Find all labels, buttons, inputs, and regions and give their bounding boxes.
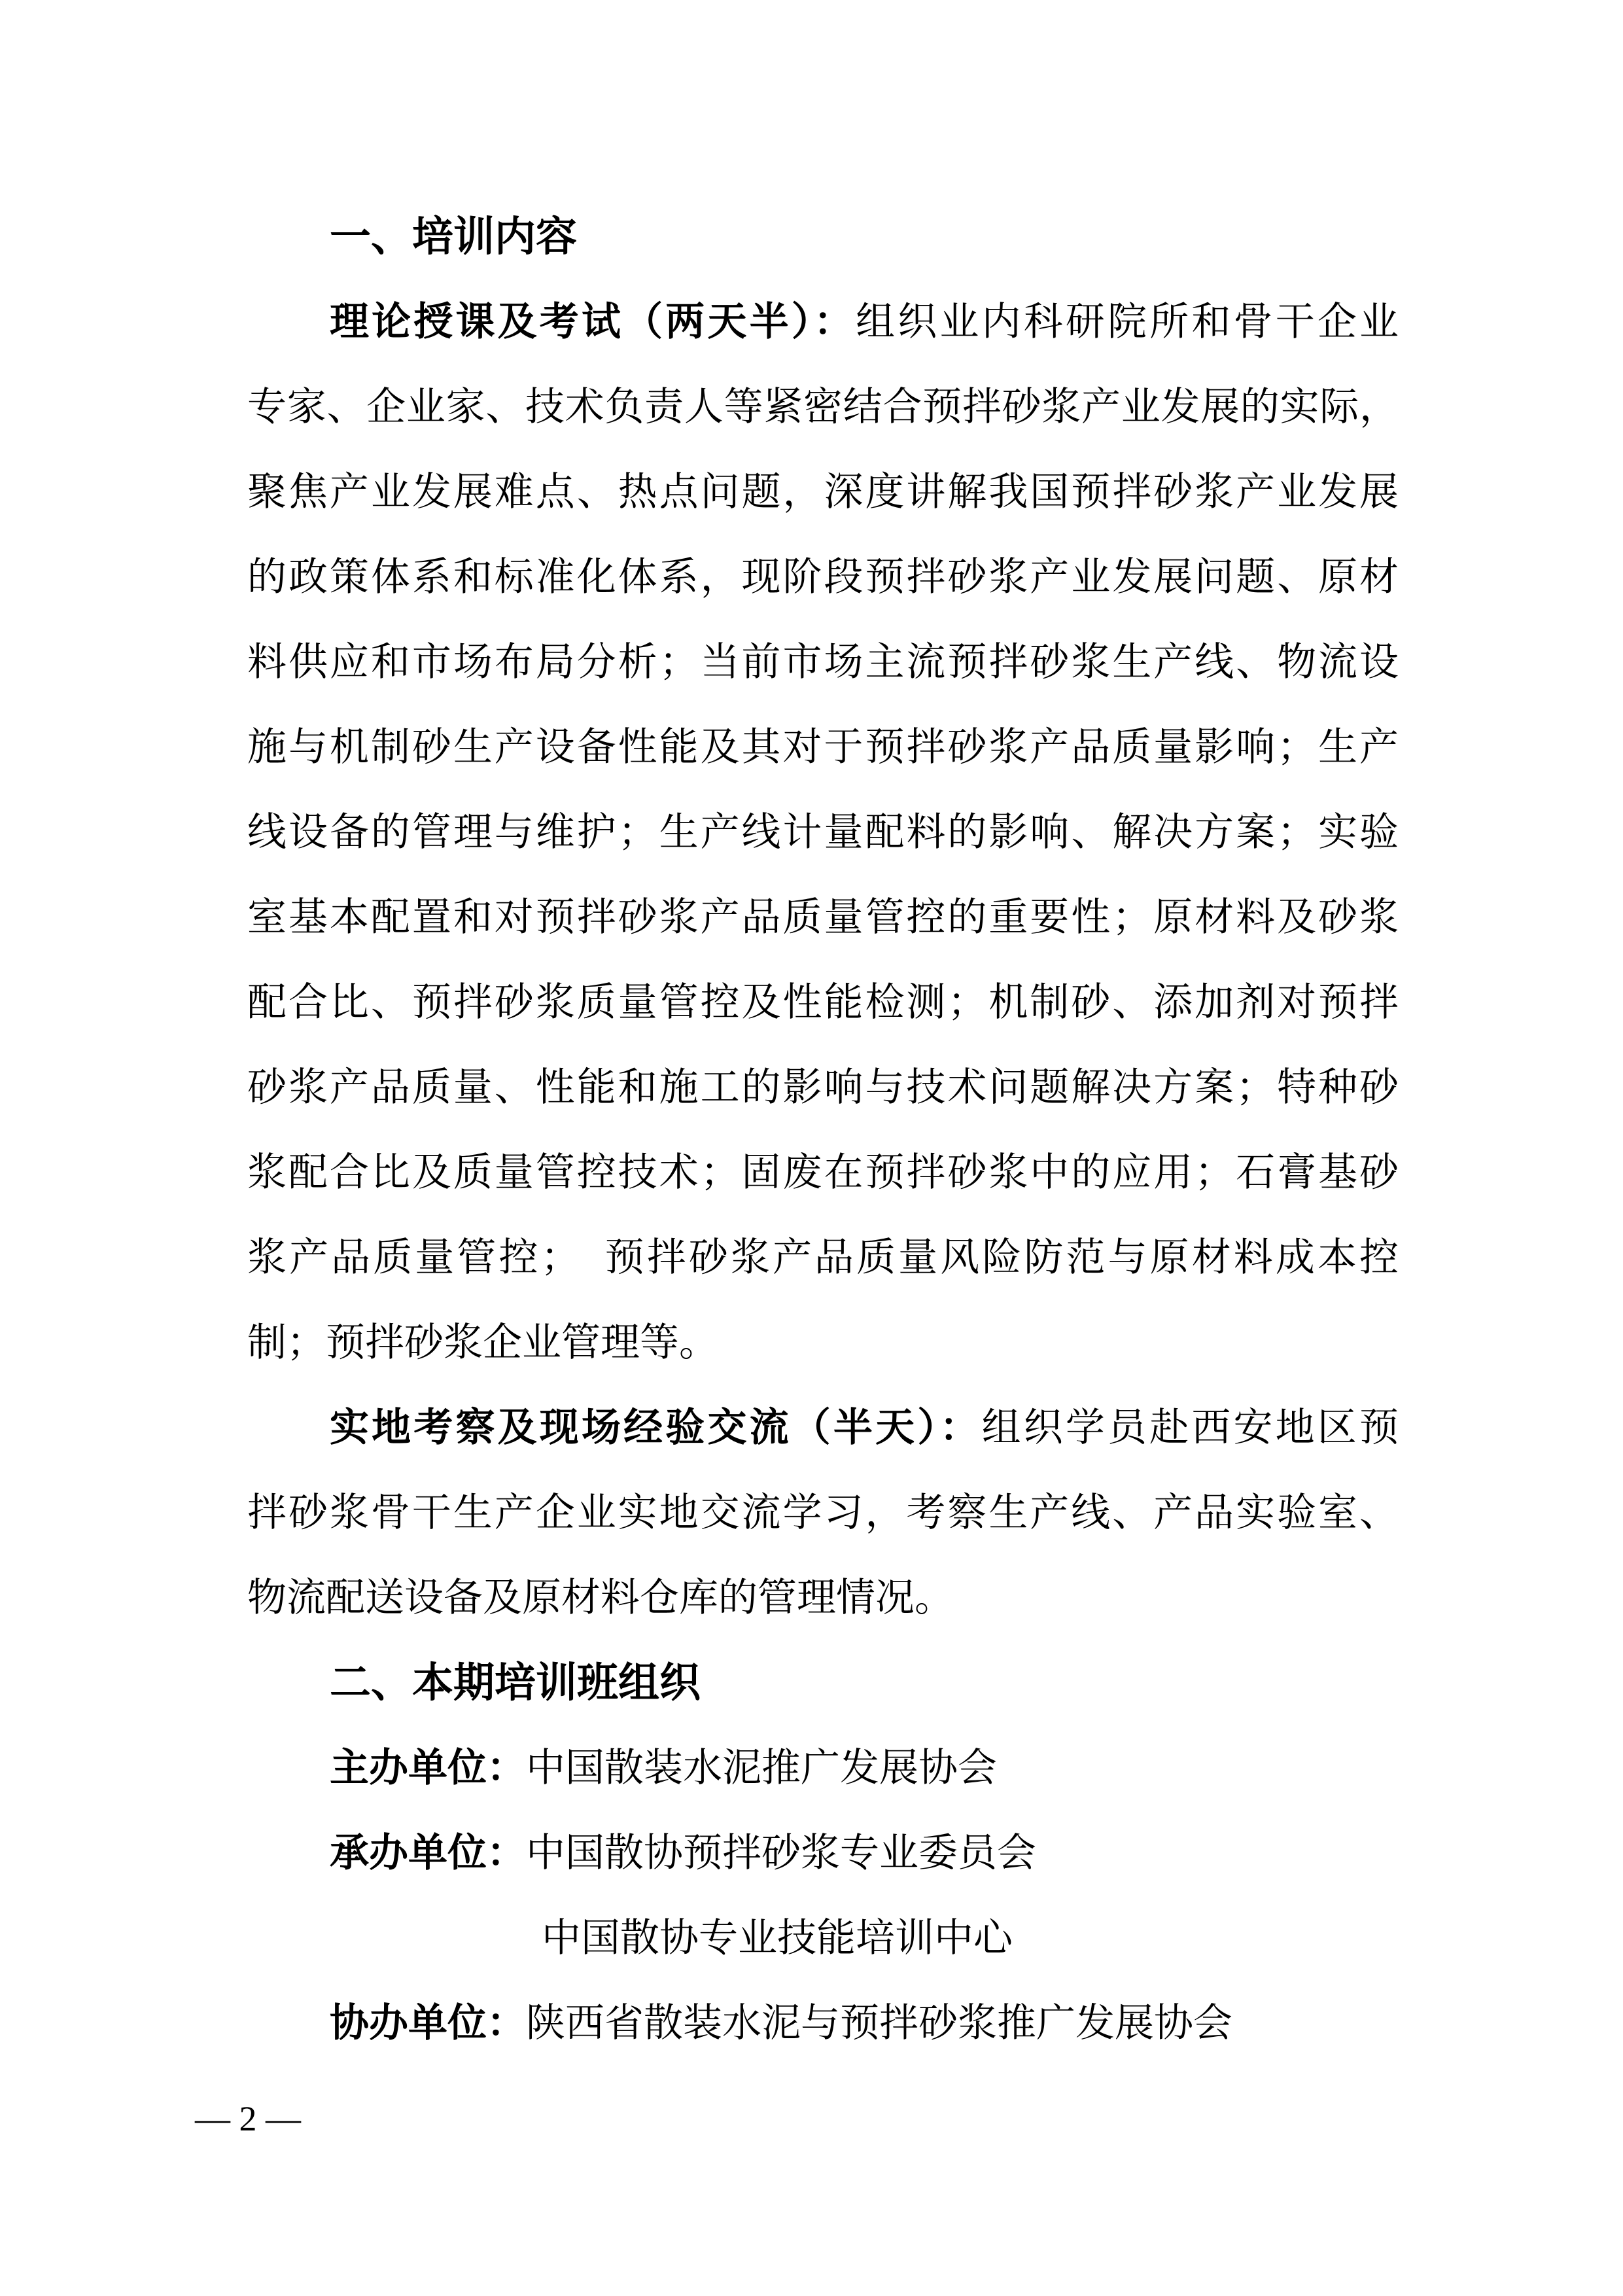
org-coorganizer-label: 协办单位： [330, 2002, 526, 2045]
para-theory-line-8: 室基本配置和对预拌砂浆产品质量管控的重要性；原材料及砂浆 [247, 875, 1399, 960]
para-theory-line-3: 聚焦产业发展难点、热点问题，深度讲解我国预拌砂浆产业发展 [247, 450, 1399, 535]
org-coorganizer-line: 协办单位：陕西省散装水泥与预拌砂浆推广发展协会 [247, 1981, 1399, 2066]
para-theory-line-13: 制；预拌砂浆企业管理等。 [247, 1300, 1399, 1385]
org-host-value: 中国散装水泥推广发展协会 [526, 1746, 997, 1790]
para-theory-line-6: 施与机制砂生产设备性能及其对于预拌砂浆产品质量影响；生产 [247, 705, 1399, 790]
para-theory-line-7: 线设备的管理与维护；生产线计量配料的影响、解决方案；实验 [247, 790, 1399, 875]
para-theory-lead-rest: 组织业内科研院所和骨干企业 [856, 300, 1399, 344]
org-host-label: 主办单位： [330, 1746, 526, 1790]
document-page: 一、培训内容 理论授课及考试（两天半）：组织业内科研院所和骨干企业 专家、企业家… [0, 0, 1623, 2296]
org-undertaker-line-2: 中国散协专业技能培训中心 [247, 1896, 1399, 1981]
section-heading-organization: 二、本期培训班组织 [247, 1640, 1399, 1725]
para-theory-line-11: 浆配合比及质量管控技术；固废在预拌砂浆中的应用；石膏基砂 [247, 1130, 1399, 1215]
para-theory-lead: 理论授课及考试（两天半）： [330, 300, 856, 344]
org-coorganizer-value: 陕西省散装水泥与预拌砂浆推广发展协会 [526, 2002, 1232, 2045]
para-visit-line-1: 实地考察及现场经验交流（半天）：组织学员赴西安地区预 [247, 1385, 1399, 1470]
para-theory-line-2: 专家、企业家、技术负责人等紧密结合预拌砂浆产业发展的实际， [247, 364, 1399, 450]
para-theory-line-12: 浆产品质量管控； 预拌砂浆产品质量风险防范与原材料成本控 [247, 1215, 1399, 1300]
document-body: 一、培训内容 理论授课及考试（两天半）：组织业内科研院所和骨干企业 专家、企业家… [247, 194, 1399, 2066]
para-visit-lead: 实地考察及现场经验交流（半天）： [330, 1406, 982, 1449]
org-undertaker-label: 承办单位： [330, 1831, 526, 1875]
para-visit-lead-rest: 组织学员赴西安地区预 [982, 1406, 1399, 1449]
para-theory-line-5: 料供应和市场布局分析；当前市场主流预拌砂浆生产线、物流设 [247, 620, 1399, 705]
para-theory-line-9: 配合比、预拌砂浆质量管控及性能检测；机制砂、添加剂对预拌 [247, 960, 1399, 1045]
org-undertaker-line: 承办单位：中国散协预拌砂浆专业委员会 [247, 1810, 1399, 1896]
org-host-line: 主办单位：中国散装水泥推广发展协会 [247, 1725, 1399, 1810]
org-undertaker-value: 中国散协预拌砂浆专业委员会 [526, 1831, 1036, 1875]
section-heading-training-content: 一、培训内容 [247, 194, 1399, 279]
para-theory-line-10: 砂浆产品质量、性能和施工的影响与技术问题解决方案；特种砂 [247, 1045, 1399, 1130]
para-visit-line-3: 物流配送设备及原材料仓库的管理情况。 [247, 1555, 1399, 1640]
para-theory-line-1: 理论授课及考试（两天半）：组织业内科研院所和骨干企业 [247, 279, 1399, 364]
page-number: — 2 — [195, 2098, 301, 2140]
para-theory-line-4: 的政策体系和标准化体系，现阶段预拌砂浆产业发展问题、原材 [247, 535, 1399, 620]
para-visit-line-2: 拌砂浆骨干生产企业实地交流学习，考察生产线、产品实验室、 [247, 1470, 1399, 1555]
